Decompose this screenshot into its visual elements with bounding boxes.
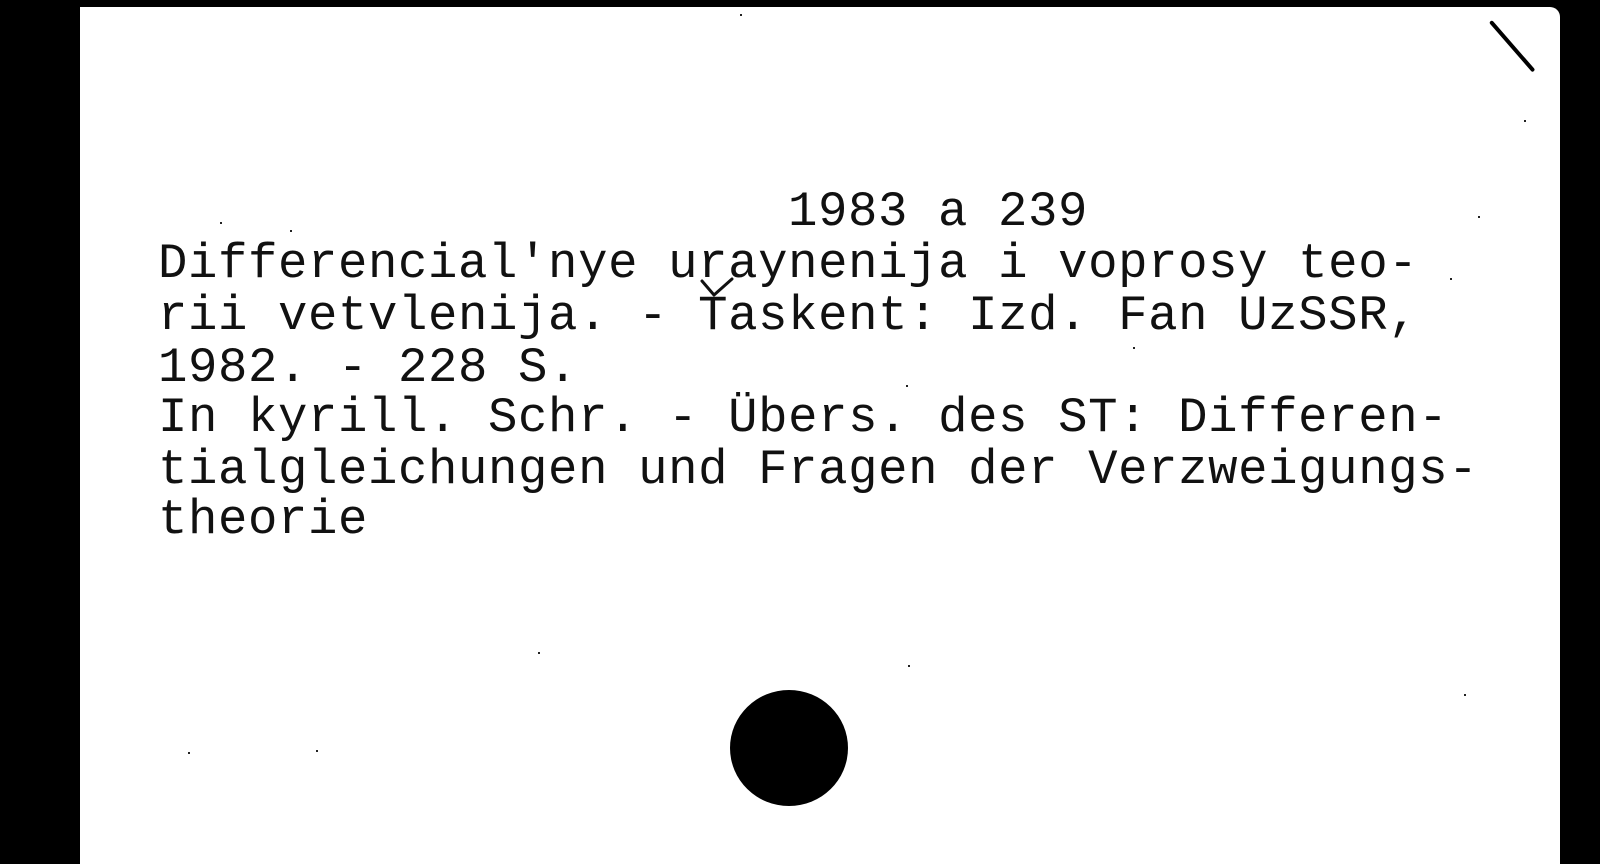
speck bbox=[290, 230, 292, 232]
speck bbox=[906, 385, 908, 387]
speck bbox=[220, 222, 222, 224]
handwritten-check-icon bbox=[700, 277, 734, 299]
publication-year-pages: 1982. - 228 S. bbox=[158, 342, 578, 394]
speck bbox=[538, 652, 540, 654]
note-line-1: In kyrill. Schr. - Übers. des ST: Differ… bbox=[158, 392, 1448, 444]
punch-hole bbox=[730, 690, 848, 806]
speck bbox=[740, 14, 742, 16]
speck bbox=[1133, 347, 1135, 349]
scanned-catalog-card: 1983 a 239 Differencial'nye uraynenija i… bbox=[0, 0, 1600, 864]
speck bbox=[1464, 694, 1466, 696]
speck bbox=[1524, 120, 1526, 122]
note-line-2: tialgleichungen und Fragen der Verzweigu… bbox=[158, 444, 1478, 496]
speck bbox=[316, 750, 318, 752]
title-line-2: rii vetvlenija. - Taskent: Izd. Fan UzSS… bbox=[158, 290, 1418, 342]
speck bbox=[188, 752, 190, 754]
note-line-3: theorie bbox=[158, 494, 368, 546]
speck bbox=[1478, 216, 1480, 218]
title-line-1: Differencial'nye uraynenija i voprosy te… bbox=[158, 238, 1418, 290]
speck bbox=[908, 665, 910, 667]
speck bbox=[1450, 278, 1452, 280]
call-number: 1983 a 239 bbox=[788, 186, 1088, 238]
